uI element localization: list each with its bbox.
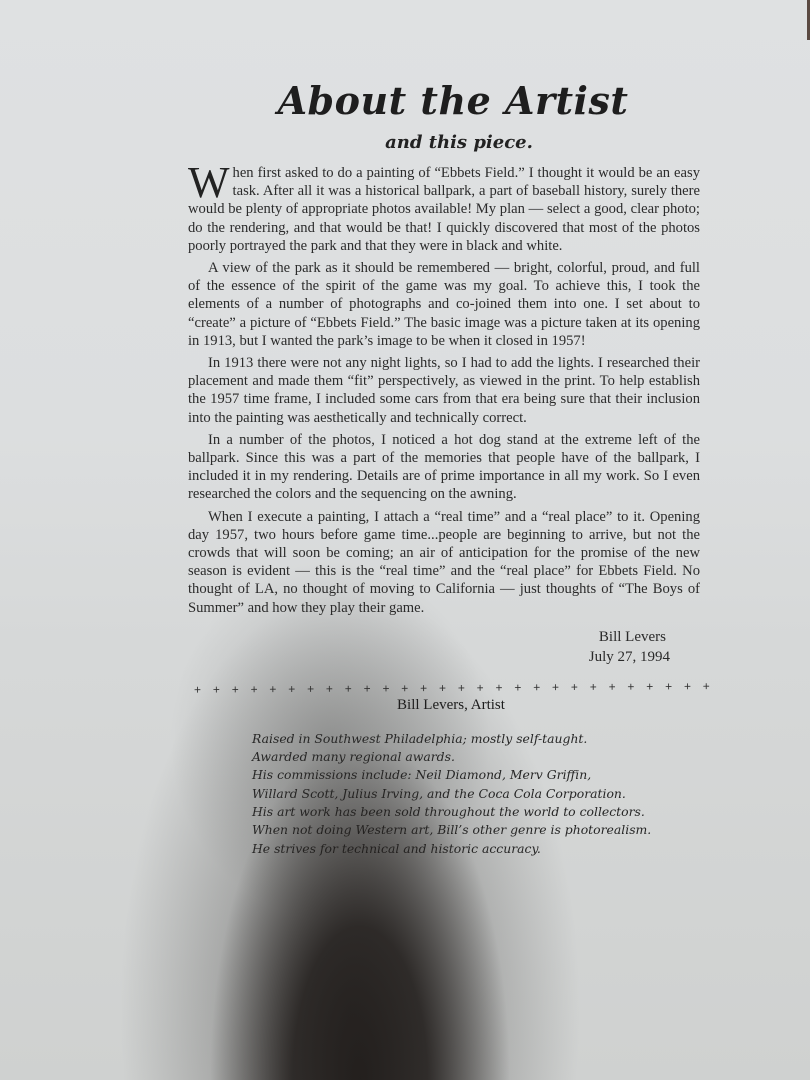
bio-line: His commissions include: Neil Diamond, M… [252, 766, 700, 784]
artist-heading: Bill Levers, Artist [202, 697, 700, 714]
paragraph-2: A view of the park as it should be remem… [188, 259, 700, 350]
cross-glyph: + [627, 680, 634, 694]
page-title: About the Artist [206, 78, 700, 124]
bio-line: Awarded many regional awards. [252, 748, 700, 766]
cross-glyph: + [703, 679, 710, 693]
cross-glyph: + [194, 683, 201, 697]
bio-line: His art work has been sold throughout th… [252, 803, 700, 821]
paragraph-1: When first asked to do a painting of “Eb… [188, 164, 700, 255]
paragraph-5: When I execute a painting, I attach a “r… [188, 508, 700, 617]
cross-glyph: + [533, 680, 540, 694]
cross-glyph: + [307, 682, 314, 696]
bio-line: He strives for technical and historic ac… [252, 840, 700, 858]
bio-line: When not doing Western art, Bill’s other… [252, 821, 700, 839]
artist-bio: Raised in Southwest Philadelphia; mostly… [252, 730, 700, 858]
divider-crosses: ++++++++++++++++++++++++++++ [194, 679, 710, 697]
cross-glyph: + [514, 680, 521, 694]
cross-glyph: + [665, 679, 672, 693]
cross-glyph: + [458, 681, 465, 695]
cross-glyph: + [213, 682, 220, 696]
document-body: About the Artist and this piece. When fi… [188, 78, 700, 858]
signature-date: July 27, 1994 [589, 649, 670, 665]
paragraph-3: In 1913 there were not any night lights,… [188, 354, 700, 427]
cross-glyph: + [609, 680, 616, 694]
signature-block: Bill Levers July 27, 1994 [188, 627, 670, 667]
cross-glyph: + [571, 680, 578, 694]
cross-glyph: + [401, 681, 408, 695]
cross-glyph: + [495, 681, 502, 695]
bio-line: Willard Scott, Julius Irving, and the Co… [252, 785, 700, 803]
cross-glyph: + [439, 681, 446, 695]
cross-glyph: + [552, 680, 559, 694]
cross-glyph: + [382, 681, 389, 695]
cross-glyph: + [326, 682, 333, 696]
cross-glyph: + [420, 681, 427, 695]
paragraph-text: hen first asked to do a painting of “Ebb… [188, 165, 700, 254]
cross-glyph: + [684, 679, 691, 693]
cross-glyph: + [364, 681, 371, 695]
signature-name: Bill Levers [188, 627, 670, 647]
cross-glyph: + [232, 682, 239, 696]
cross-glyph: + [250, 682, 257, 696]
cross-glyph: + [477, 681, 484, 695]
cross-glyph: + [288, 682, 295, 696]
cross-glyph: + [345, 682, 352, 696]
paragraph-4: In a number of the photos, I noticed a h… [188, 431, 700, 504]
bio-line: Raised in Southwest Philadelphia; mostly… [252, 730, 700, 748]
cross-glyph: + [646, 679, 653, 693]
page-subtitle: and this piece. [218, 132, 700, 154]
drop-cap: W [188, 166, 230, 200]
cross-glyph: + [590, 680, 597, 694]
cross-glyph: + [269, 682, 276, 696]
